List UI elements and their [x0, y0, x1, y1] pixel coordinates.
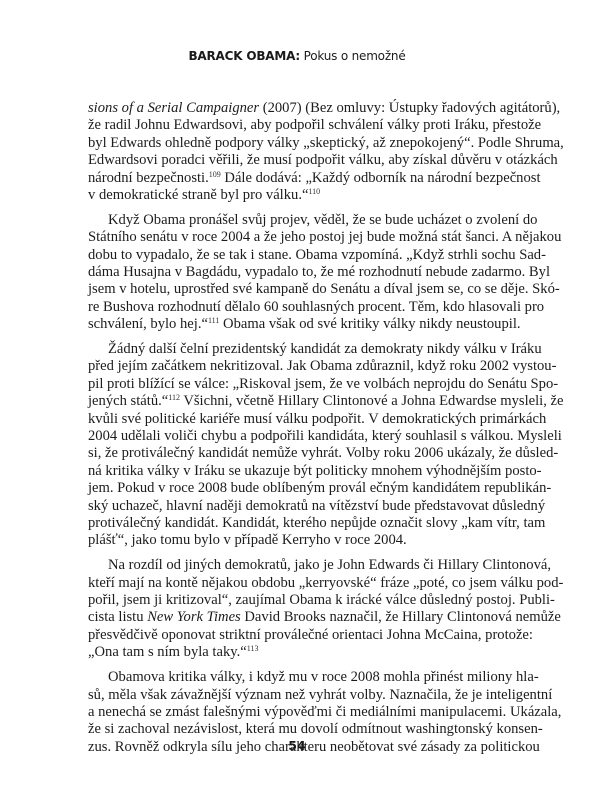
italic-title: New York Times — [147, 609, 241, 625]
text-line: Když Obama pronášel svůj projev, věděl, … — [88, 212, 510, 229]
text-line: pořil, jsem ji kritizoval“, zaujímal Oba… — [88, 592, 510, 609]
text-run: národní bezpečnosti. — [88, 170, 209, 186]
header-title: Pokus o nemožné — [304, 49, 406, 63]
text-run: kvůli své politické kariéře musí válku p… — [88, 411, 546, 427]
footnote-marker: 111 — [208, 316, 219, 325]
text-run: že si zachoval nezávislost, která mu dov… — [88, 721, 543, 737]
text-line: 2004 udělali voliči chybu a podpořili ka… — [88, 428, 510, 445]
text-line: schválení, bylo hej.“111 Obama však od s… — [88, 316, 510, 333]
text-run: schválení, bylo hej.“ — [88, 316, 208, 332]
text-run: jem. Pokud v roce 2008 bude oblíbeným pr… — [88, 480, 551, 496]
text-line: že si zachoval nezávislost, která mu dov… — [88, 721, 510, 738]
text-run: re Bushova rozhodnutí dělalo 60 souhlasn… — [88, 299, 544, 315]
text-run: Státního senátu v roce 2004 a že jeho po… — [88, 229, 561, 245]
text-run: (2007) (Bez omluvy: Ústupky řadových agi… — [259, 100, 560, 116]
text-run: jsem v hotelu, uprostřed své kampaně do … — [88, 281, 560, 297]
paragraph: Žádný další čelní prezidentský kandidát … — [88, 341, 510, 550]
text-run: pořil, jsem ji kritizoval“, zaujímal Oba… — [88, 592, 555, 608]
footnote-marker: 112 — [168, 393, 180, 402]
text-line: jsem v hotelu, uprostřed své kampaně do … — [88, 281, 510, 298]
text-run: byl Edwards ohledně podpory války „skept… — [88, 135, 564, 151]
text-line: pil proti blížící se válce: „Riskoval js… — [88, 376, 510, 393]
text-line: sů, měla však závažnější význam než vyhr… — [88, 687, 510, 704]
text-line: ský uchazeč, hlavní naději demokratů na … — [88, 498, 510, 515]
text-line: re Bushova rozhodnutí dělalo 60 souhlasn… — [88, 299, 510, 316]
paragraph: Na rozdíl od jiných demokratů, jako je J… — [88, 557, 510, 661]
text-run: cista listu — [88, 609, 147, 625]
footnote-marker: 110 — [308, 187, 320, 196]
text-line: Obamova kritika války, i když mu v roce … — [88, 669, 510, 686]
footnote-marker: 109 — [209, 170, 221, 179]
text-line: Žádný další čelní prezidentský kandidát … — [88, 341, 510, 358]
text-run: pil proti blížící se válce: „Riskoval js… — [88, 376, 558, 392]
paragraph: Když Obama pronášel svůj projev, věděl, … — [88, 212, 510, 334]
text-line: že radil Johnu Edwardsovi, aby podpořil … — [88, 117, 510, 134]
text-line: cista listu New York Times David Brooks … — [88, 609, 510, 626]
text-run: Obamova kritika války, i když mu v roce … — [108, 669, 539, 685]
text-line: jených států.“112 Všichni, včetně Hillar… — [88, 393, 510, 410]
text-line: ná kritika války v Iráku se ukazuje být … — [88, 463, 510, 480]
text-run: Obama však od své kritiky války nikdy ne… — [219, 316, 520, 332]
body-text: sions of a Serial Campaigner (2007) (Bez… — [88, 100, 510, 764]
text-line: jem. Pokud v roce 2008 bude oblíbeným pr… — [88, 480, 510, 497]
text-run: sů, měla však závažnější význam než vyhr… — [88, 687, 552, 703]
text-run: Všichni, včetně Hillary Clintonové a Joh… — [180, 393, 564, 409]
text-run: ná kritika války v Iráku se ukazuje být … — [88, 463, 542, 479]
text-run: protiválečný kandidát. Kandidát, kterého… — [88, 515, 545, 531]
text-run: Na rozdíl od jiných demokratů, jako je J… — [108, 557, 551, 573]
text-run: jených států.“ — [88, 393, 168, 409]
text-run: si, že protiválečný kandidát nemůže vyhr… — [88, 445, 558, 461]
text-run: plášť“, jako tomu bylo v případě Kerryho… — [88, 532, 407, 548]
text-line: dáma Husajna v Bagdádu, vypadalo to, že … — [88, 264, 510, 281]
text-run: a nenechá se zmást falešnými výpověďmi č… — [88, 704, 561, 720]
text-run: dobu to vypadalo, že se tak i stane. Oba… — [88, 247, 546, 263]
text-run: že radil Johnu Edwardsovi, aby podpořil … — [88, 117, 541, 133]
text-line: si, že protiválečný kandidát nemůže vyhr… — [88, 445, 510, 462]
text-line: Na rozdíl od jiných demokratů, jako je J… — [88, 557, 510, 574]
text-run: kteří mají na kontě nějakou obdobu „kerr… — [88, 575, 563, 591]
text-run: 2004 udělali voliči chybu a podpořili ka… — [88, 428, 562, 444]
paragraph: sions of a Serial Campaigner (2007) (Bez… — [88, 100, 510, 204]
text-run: v demokratické straně byl pro válku.“ — [88, 187, 308, 203]
text-line: Edwardsovi poradci věřili, že musí podpo… — [88, 152, 510, 169]
text-run: před jejím začátkem nekritizoval. Jak Ob… — [88, 358, 556, 374]
text-line: v demokratické straně byl pro válku.“110 — [88, 187, 510, 204]
text-line: kvůli své politické kariéře musí válku p… — [88, 411, 510, 428]
text-run: David Brooks naznačil, že Hillary Clinto… — [241, 609, 561, 625]
text-run: ský uchazeč, hlavní naději demokratů na … — [88, 498, 545, 514]
text-line: plášť“, jako tomu bylo v případě Kerryho… — [88, 532, 510, 549]
text-run: Dále dodává: „Každý odborník na národní … — [221, 170, 541, 186]
text-line: protiválečný kandidát. Kandidát, kterého… — [88, 515, 510, 532]
page-number: 54 — [0, 738, 594, 753]
text-line: kteří mají na kontě nějakou obdobu „kerr… — [88, 575, 510, 592]
text-line: a nenechá se zmást falešnými výpověďmi č… — [88, 704, 510, 721]
header-author: BARACK OBAMA: — [188, 49, 300, 63]
text-run: Edwardsovi poradci věřili, že musí podpo… — [88, 152, 558, 168]
text-line: národní bezpečnosti.109 Dále dodává: „Ka… — [88, 170, 510, 187]
italic-title: sions of a Serial Campaigner — [88, 100, 259, 116]
text-line: dobu to vypadalo, že se tak i stane. Oba… — [88, 247, 510, 264]
footnote-marker: 113 — [247, 644, 259, 653]
text-run: Žádný další čelní prezidentský kandidát … — [108, 341, 542, 357]
text-run: dáma Husajna v Bagdádu, vypadalo to, že … — [88, 264, 550, 280]
text-line: před jejím začátkem nekritizoval. Jak Ob… — [88, 358, 510, 375]
text-line: přesvědčivě oponovat striktní proválečné… — [88, 627, 510, 644]
text-run: Když Obama pronášel svůj projev, věděl, … — [108, 212, 537, 228]
text-run: „Ona tam s ním byla taky.“ — [88, 644, 247, 660]
text-line: „Ona tam s ním byla taky.“113 — [88, 644, 510, 661]
text-line: Státního senátu v roce 2004 a že jeho po… — [88, 229, 510, 246]
text-line: sions of a Serial Campaigner (2007) (Bez… — [88, 100, 510, 117]
book-page: BARACK OBAMA: Pokus o nemožné sions of a… — [0, 0, 594, 800]
running-header: BARACK OBAMA: Pokus o nemožné — [0, 49, 594, 63]
text-line: byl Edwards ohledně podpory války „skept… — [88, 135, 510, 152]
text-run: přesvědčivě oponovat striktní proválečné… — [88, 627, 533, 643]
